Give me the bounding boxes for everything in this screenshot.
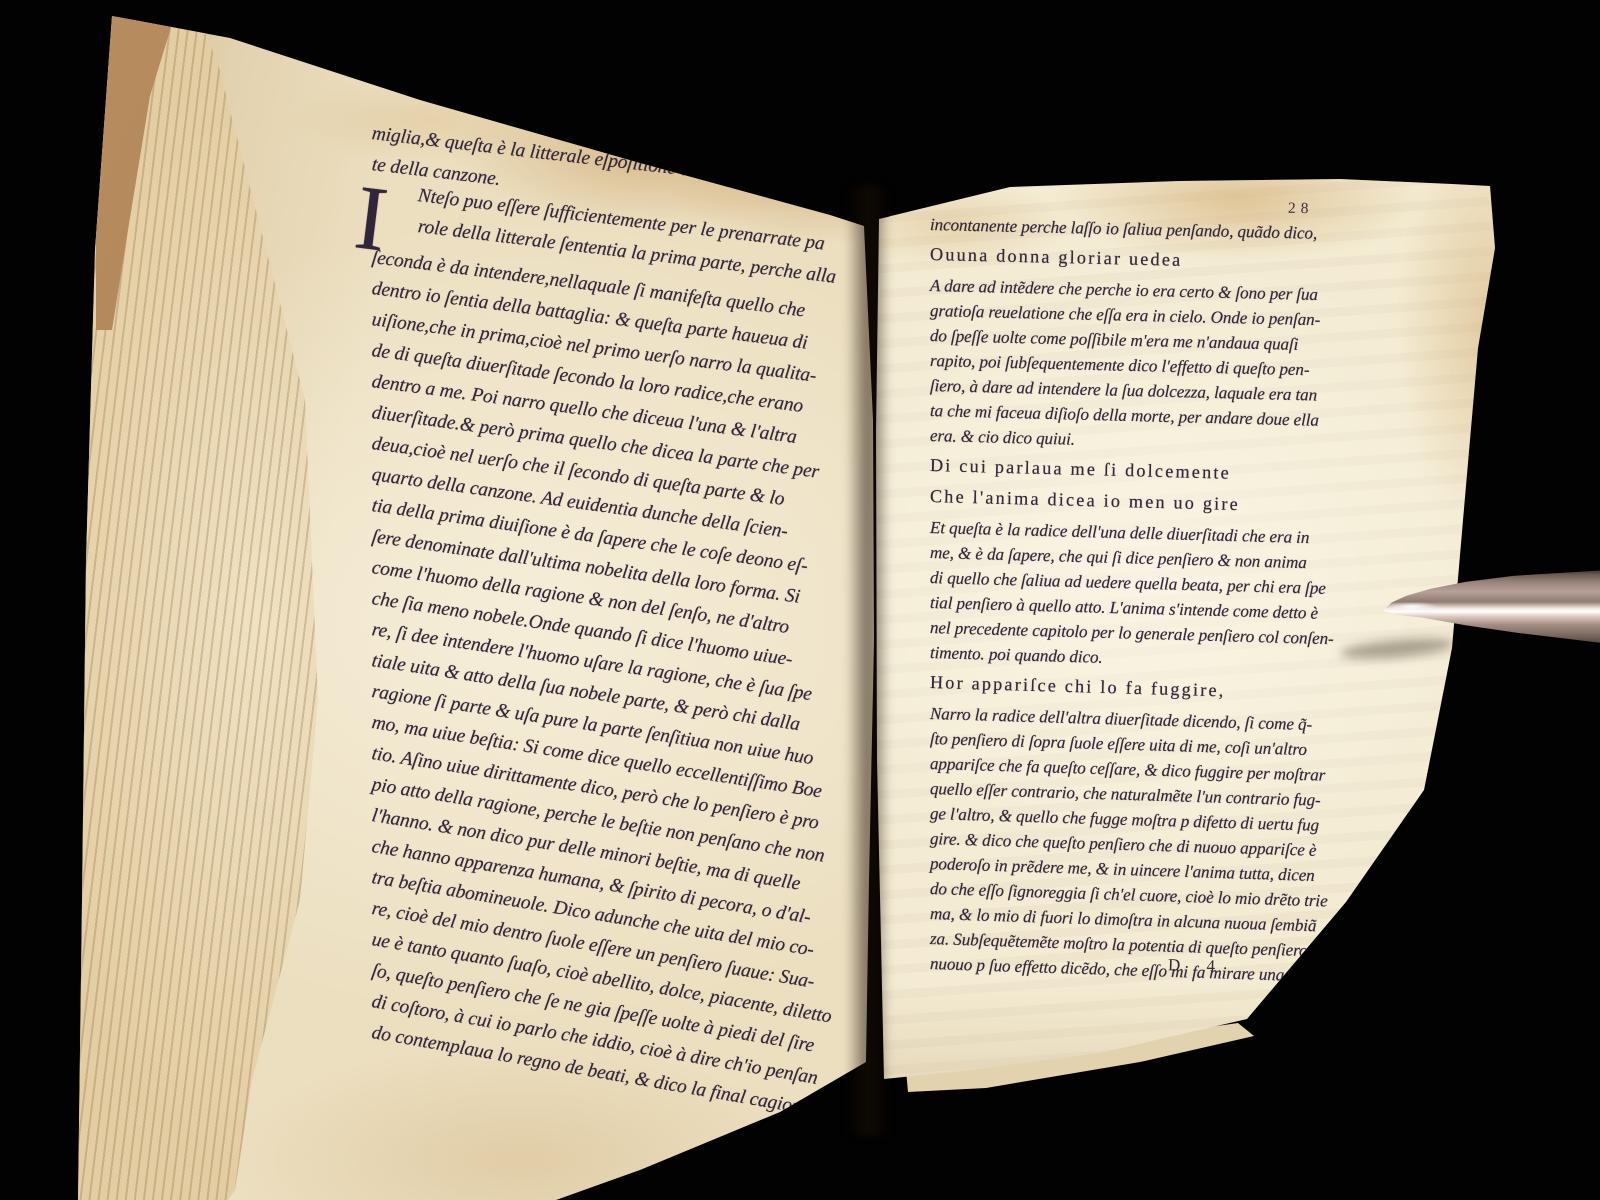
gutter-shadow: [846, 186, 890, 1136]
signature-mark: D 4: [1168, 955, 1227, 977]
text-line: Hor appariſce chi lo fa fuggire,: [930, 670, 1334, 707]
text-line: Di cui parlaua me ſi dolcemente: [930, 453, 1334, 488]
page-number: 28: [1288, 200, 1314, 218]
right-page-text: incontanente perche laſſo io ſaliua penſ…: [930, 212, 1334, 976]
text-line: Che l'anima dicea io men uo gire: [930, 484, 1334, 520]
text-line: Ouuna donna gloriar uedea: [930, 242, 1334, 276]
antique-book-photo: miglia,& queſta è la litterale eſpoſitio…: [0, 0, 1600, 1200]
left-page-text: miglia,& queſta è la litterale eſpoſitio…: [372, 118, 839, 1048]
text-line: incontanente perche laſſo io ſaliua penſ…: [930, 212, 1334, 246]
